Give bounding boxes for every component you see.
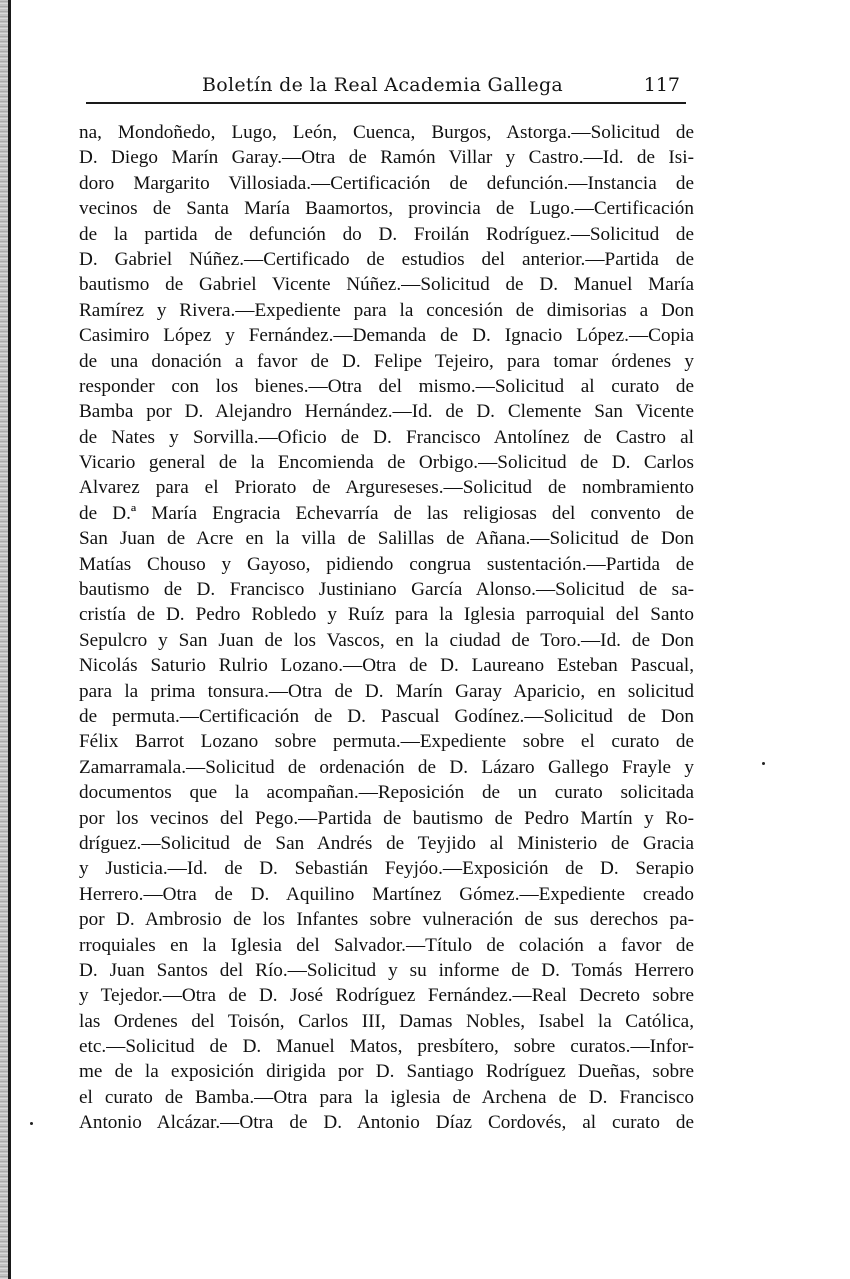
text-line: Ramírez y Rivera.—Expediente para la con… bbox=[79, 298, 694, 323]
text-line: por D. Ambrosio de los Infantes sobre vu… bbox=[79, 907, 694, 932]
text-line: Matías Chouso y Gayoso, pidiendo congrua… bbox=[79, 552, 694, 577]
text-line: de D.ª María Engracia Echevarría de las … bbox=[79, 501, 694, 526]
text-line: Casimiro López y Fernández.—Demanda de D… bbox=[79, 323, 694, 348]
text-line: Zamarramala.—Solicitud de ordenación de … bbox=[79, 755, 694, 780]
text-line: de permuta.—Certificación de D. Pascual … bbox=[79, 704, 694, 729]
text-line: doro Margarito Villosiada.—Certificación… bbox=[79, 171, 694, 196]
text-line: Félix Barrot Lozano sobre permuta.—Exped… bbox=[79, 729, 694, 754]
text-line: bautismo de Gabriel Vicente Núñez.—Solic… bbox=[79, 272, 694, 297]
running-title: Boletín de la Real Academia Gallega bbox=[202, 74, 563, 96]
text-line: y Justicia.—Id. de D. Sebastián Feyjóo.—… bbox=[79, 856, 694, 881]
text-line: D. Gabriel Núñez.—Certificado de estudio… bbox=[79, 247, 694, 272]
text-line: el curato de Bamba.—Otra para la iglesia… bbox=[79, 1085, 694, 1110]
text-line: y Tejedor.—Otra de D. José Rodríguez Fer… bbox=[79, 983, 694, 1008]
text-line: na, Mondoñedo, Lugo, León, Cuenca, Burgo… bbox=[79, 120, 694, 145]
text-line: documentos que la acompañan.—Reposición … bbox=[79, 780, 694, 805]
header-rule bbox=[86, 102, 686, 104]
text-line: responder con los bienes.—Otra del mismo… bbox=[79, 374, 694, 399]
text-line: de Nates y Sorvilla.—Oficio de D. Franci… bbox=[79, 425, 694, 450]
text-line: rroquiales en la Iglesia del Salvador.—T… bbox=[79, 933, 694, 958]
stray-ink-mark bbox=[30, 1122, 33, 1125]
page-binding-line bbox=[8, 0, 11, 1279]
text-line: de una donación a favor de D. Felipe Tej… bbox=[79, 349, 694, 374]
text-line: Vicario general de la Encomienda de Orbi… bbox=[79, 450, 694, 475]
text-line: dríguez.—Solicitud de San Andrés de Teyj… bbox=[79, 831, 694, 856]
page-number: 117 bbox=[644, 74, 680, 96]
text-line: las Ordenes del Toisón, Carlos III, Dama… bbox=[79, 1009, 694, 1034]
text-line: vecinos de Santa María Baamortos, provin… bbox=[79, 196, 694, 221]
text-line: D. Diego Marín Garay.—Otra de Ramón Vill… bbox=[79, 145, 694, 170]
running-head: Boletín de la Real Academia Gallega 117 bbox=[80, 74, 690, 104]
text-line: Herrero.—Otra de D. Aquilino Martínez Gó… bbox=[79, 882, 694, 907]
text-line: Alvarez para el Priorato de Argureseses.… bbox=[79, 475, 694, 500]
text-line: Bamba por D. Alejandro Hernández.—Id. de… bbox=[79, 399, 694, 424]
text-line: Nicolás Saturio Rulrio Lozano.—Otra de D… bbox=[79, 653, 694, 678]
text-line: por los vecinos del Pego.—Partida de bau… bbox=[79, 806, 694, 831]
text-line: etc.—Solicitud de D. Manuel Matos, presb… bbox=[79, 1034, 694, 1059]
text-line: para la prima tonsura.—Otra de D. Marín … bbox=[79, 679, 694, 704]
text-line: cristía de D. Pedro Robledo y Ruíz para … bbox=[79, 602, 694, 627]
stray-ink-mark bbox=[762, 762, 765, 765]
text-line: D. Juan Santos del Río.—Solicitud y su i… bbox=[79, 958, 694, 983]
text-line: de la partida de defunción do D. Froilán… bbox=[79, 222, 694, 247]
text-line: San Juan de Acre en la villa de Salillas… bbox=[79, 526, 694, 551]
text-line: Sepulcro y San Juan de los Vascos, en la… bbox=[79, 628, 694, 653]
body-text: na, Mondoñedo, Lugo, León, Cuenca, Burgo… bbox=[79, 120, 694, 1136]
text-line: bautismo de D. Francisco Justiniano Garc… bbox=[79, 577, 694, 602]
text-line: me de la exposición dirigida por D. Sant… bbox=[79, 1059, 694, 1084]
text-line: Antonio Alcázar.—Otra de D. Antonio Díaz… bbox=[79, 1110, 694, 1135]
